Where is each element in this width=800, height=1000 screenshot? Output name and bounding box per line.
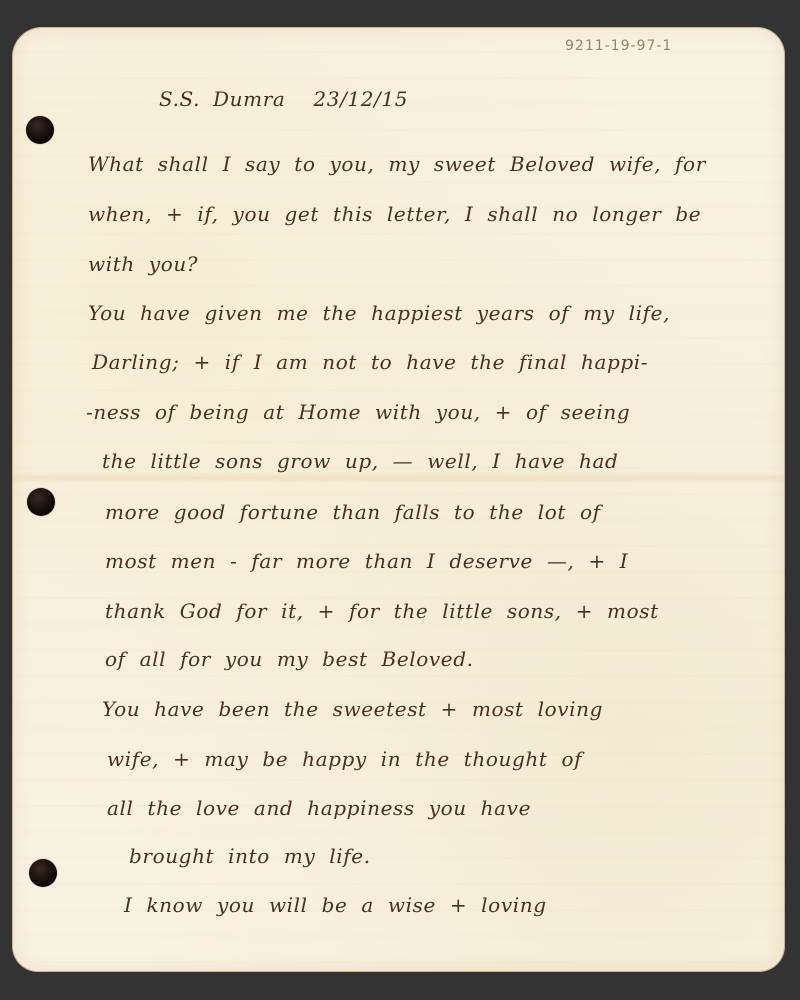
letter-line: brought into my life. [129, 844, 371, 868]
letter-line: with you? [88, 252, 198, 276]
letter-line: You have given me the happiest years of … [88, 301, 670, 325]
letter-line: most men - far more than I deserve —, + … [105, 549, 628, 573]
letter-line: more good fortune than falls to the lot … [105, 500, 601, 524]
letter-line: What shall I say to you, my sweet Belove… [88, 152, 706, 176]
letter-line: I know you will be a wise + loving [124, 893, 547, 917]
letter-line: thank God for it, + for the little sons,… [105, 599, 659, 623]
letter-line: all the love and happiness you have [107, 796, 531, 820]
letter-line: Darling; + if I am not to have the final… [92, 350, 648, 374]
archive-reference-number: 9211-19-97-1 [565, 38, 672, 54]
letter-line: the little sons grow up, — well, I have … [102, 449, 618, 473]
letter-line: of all for you my best Beloved. [105, 647, 474, 671]
paper-fold-line [12, 473, 785, 483]
punch-hole-bottom [29, 859, 57, 887]
letter-line: when, + if, you get this letter, I shall… [88, 202, 701, 226]
letter-line: wife, + may be happy in the thought of [107, 747, 582, 771]
punch-hole-middle [27, 488, 55, 516]
letter-line: You have been the sweetest + most loving [102, 697, 603, 721]
letter-page: 9211-19-97-1 S.S. Dumra23/12/15 What sha… [12, 27, 785, 972]
letter-date: 23/12/15 [313, 87, 408, 111]
letter-line: -ness of being at Home with you, + of se… [86, 400, 630, 424]
letter-header: S.S. Dumra23/12/15 [159, 87, 408, 111]
punch-hole-top [26, 116, 54, 144]
ship-name: S.S. Dumra [159, 87, 285, 111]
